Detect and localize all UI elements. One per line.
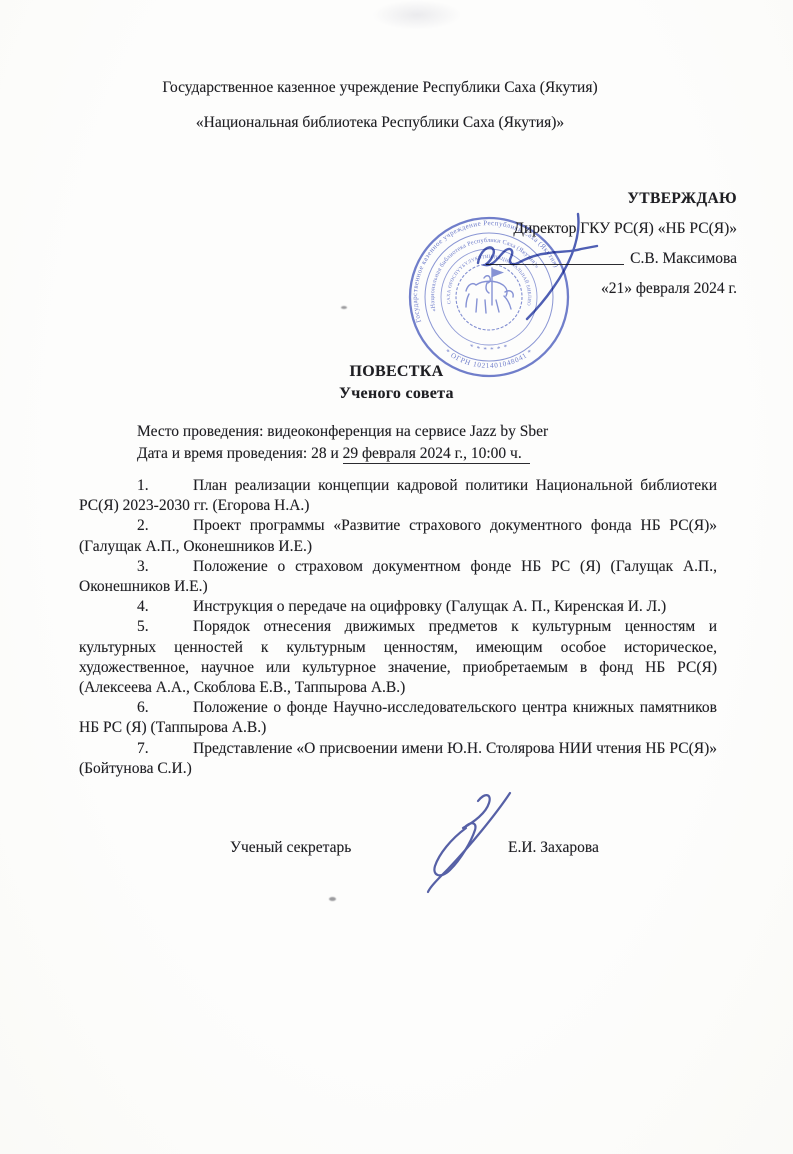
agenda-list: 1.План реализации концепции кадровой пол… bbox=[79, 476, 717, 779]
agenda-item-number: 2. bbox=[137, 516, 193, 536]
scanned-document-page: Государственное казенное учреждение Респ… bbox=[0, 0, 793, 1154]
agenda-item-number: 4. bbox=[137, 597, 193, 617]
agenda-item: 6.Положение о фонде Научно-исследователь… bbox=[79, 698, 717, 738]
director-signature bbox=[425, 198, 635, 348]
agenda-item: 1.План реализации концепции кадровой пол… bbox=[79, 476, 717, 516]
org-name-line2: «Национальная библиотека Республики Саха… bbox=[0, 105, 760, 140]
agenda-item: 7.Представление «О присвоении имени Ю.Н.… bbox=[79, 739, 717, 779]
agenda-item-number: 5. bbox=[137, 617, 193, 637]
agenda-item-number: 3. bbox=[137, 557, 193, 577]
meeting-location: Место проведения: видеоконференция на се… bbox=[137, 421, 737, 443]
agenda-item-number: 1. bbox=[137, 476, 193, 496]
agenda-item-number: 6. bbox=[137, 698, 193, 718]
agenda-item-number: 7. bbox=[137, 739, 193, 759]
secretary-signature bbox=[398, 778, 528, 898]
agenda-item: 3.Положение о страховом документном фонд… bbox=[79, 557, 717, 597]
org-header: Государственное казенное учреждение Респ… bbox=[0, 70, 760, 140]
agenda-item-text: Инструкция о передаче на оцифровку (Галу… bbox=[193, 598, 666, 615]
org-name-line1: Государственное казенное учреждение Респ… bbox=[0, 70, 760, 105]
agenda-item: 5.Порядок отнесения движимых предметов к… bbox=[79, 617, 717, 698]
scan-speck bbox=[341, 306, 347, 309]
meeting-datetime-prefix: Дата и время проведения: 28 и bbox=[137, 445, 343, 462]
meeting-datetime: Дата и время проведения: 28 и 29 февраля… bbox=[137, 443, 737, 465]
title-line2: Ученого совета bbox=[0, 383, 793, 405]
agenda-item: 2.Проект программы «Развитие страхового … bbox=[79, 516, 717, 556]
approval-signer-name: С.В. Максимова bbox=[630, 250, 737, 267]
agenda-item: 4.Инструкция о передаче на оцифровку (Га… bbox=[79, 597, 717, 617]
secretary-role-label: Ученый секретарь bbox=[230, 839, 351, 857]
document-title: ПОВЕСТКА Ученого совета bbox=[0, 361, 793, 405]
scan-speck bbox=[329, 897, 336, 901]
title-line1: ПОВЕСТКА bbox=[0, 361, 793, 383]
scan-smudge bbox=[372, 0, 462, 30]
meeting-datetime-underlined: 29 февраля 2024 г., 10:00 ч. bbox=[343, 445, 530, 464]
meeting-info: Место проведения: видеоконференция на се… bbox=[137, 421, 737, 465]
